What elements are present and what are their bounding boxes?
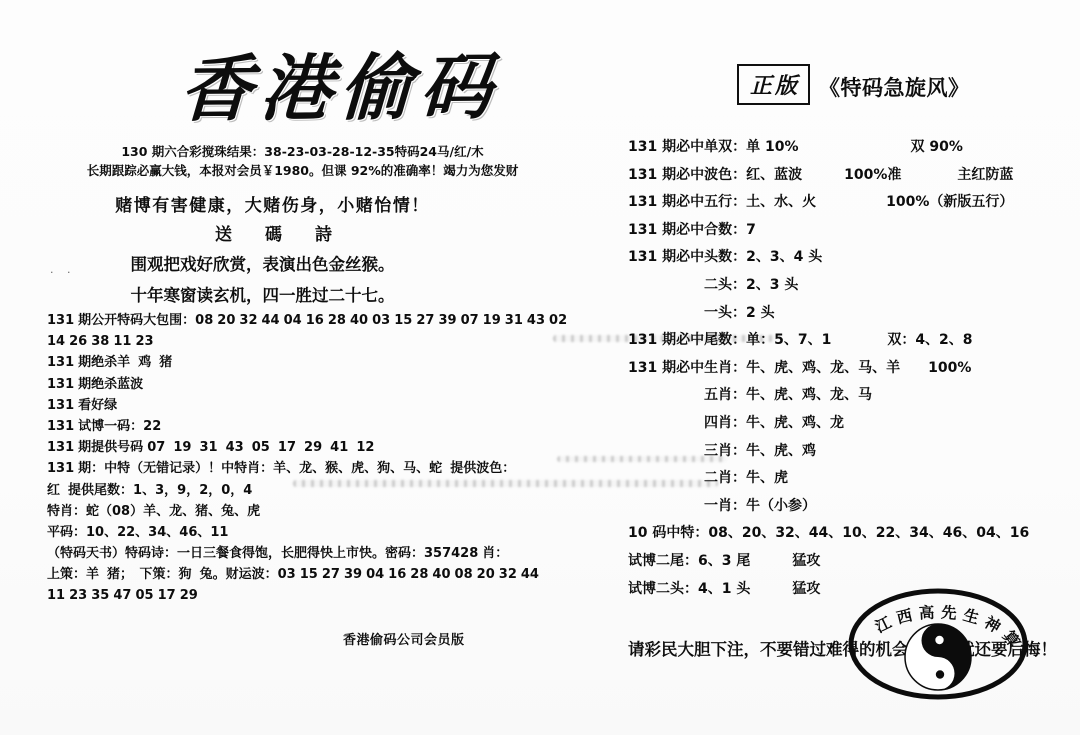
prediction-line: 131 试博一码：22 <box>47 416 567 437</box>
poem-line: 十年寒窗读玄机，四一胜过二十七。 <box>30 282 495 306</box>
prediction-line: 131 看好绿 <box>47 395 567 416</box>
publisher-line: 香港偷码公司会员版 <box>343 629 465 648</box>
scanned-lottery-sheet: 香港偷码 130 期六合彩搅珠结果：38-23-03-28-12-35特码24马… <box>0 0 1080 735</box>
prediction-line: 131 期必中波色：红、蓝波 100%准 主红防蓝 <box>628 162 1029 190</box>
prediction-line: 三肖：牛、虎、鸡 <box>628 438 1029 466</box>
prediction-line: 五肖：牛、虎、鸡、龙、马 <box>628 382 1029 410</box>
prediction-line: 131 期必中头数：2、3、4 头 <box>628 244 1029 272</box>
stray-scan-marks: · · <box>50 266 76 279</box>
prediction-line: 二肖：牛、虎 <box>628 465 1029 493</box>
prediction-line: 14 26 38 11 23 <box>47 331 567 352</box>
prediction-line: 131 期绝杀蓝波 <box>47 374 567 395</box>
prediction-line: 一头：2 头 <box>628 300 1029 328</box>
membership-promo-line: 长期跟踪必赢大钱，本报对会员￥1980。但课 92%的准确率！竭力为您发财 <box>30 161 575 179</box>
prediction-line: 一肖：牛（小参） <box>628 493 1029 521</box>
prediction-line: （特码天书）特码诗：一日三餐食得饱，长肥得快上市快。密码：357428 肖： <box>47 543 567 564</box>
prediction-line: 131 期提供号码 07 19 31 43 05 17 29 41 12 <box>47 437 567 458</box>
prediction-line: 上策：羊 猪； 下策：狗 兔。财运波：03 15 27 39 04 16 28 … <box>47 564 567 585</box>
prediction-line: 二头：2、3 头 <box>628 272 1029 300</box>
right-prediction-list: 131 期必中单双：单 10% 双 90% 131 期必中波色：红、蓝波 100… <box>628 134 1029 603</box>
seal-stamp: 江西高先生神算 <box>843 581 1033 709</box>
prediction-line: 平码：10、22、34、46、11 <box>47 522 567 543</box>
poem-title: 送 碼 詩 <box>30 220 525 245</box>
yinyang-icon <box>905 624 971 690</box>
prediction-line: 131 期：中特（无错记录）！中特肖：羊、龙、猴、虎、狗、马、蛇 提供波色： <box>47 458 567 479</box>
prediction-line: 试博二尾：6、3 尾 猛攻 <box>628 548 1029 576</box>
prediction-line: 11 23 35 47 05 17 29 <box>47 585 567 606</box>
draw-result-line: 130 期六合彩搅珠结果：38-23-03-28-12-35特码24马/红/木 <box>30 142 575 160</box>
prediction-line: 131 期必中单双：单 10% 双 90% <box>628 134 1029 162</box>
prediction-line: 特肖：蛇（08）羊、龙、猪、兔、虎 <box>47 501 567 522</box>
gambling-warning: 赌博有害健康，大赌伤身，小赌怡情！ <box>30 191 515 216</box>
left-prediction-list: 131 期公开特码大包围：08 20 32 44 04 16 28 40 03 … <box>47 310 567 607</box>
prediction-line: 131 期必中合数：7 <box>628 217 1029 245</box>
prediction-line: 131 期公开特码大包围：08 20 32 44 04 16 28 40 03 … <box>47 310 567 331</box>
prediction-line: 四肖：牛、虎、鸡、龙 <box>628 410 1029 438</box>
prediction-line: 131 期绝杀羊 鸡 猪 <box>47 352 567 373</box>
calligraphy-title: 香港偷码 <box>103 38 577 138</box>
prediction-line: 131 期必中五行：土、水、火 100%（新版五行） <box>628 189 1029 217</box>
poem-line: 围观把戏好欣赏，表演出色金丝猴。 <box>30 251 495 275</box>
prediction-line: 10 码中特：08、20、32、44、10、22、34、46、04、16 <box>628 520 1029 548</box>
authentic-badge: 正版 <box>737 64 810 105</box>
prediction-line: 131 期必中尾数：单：5、7、1 双：4、2、8 <box>628 327 1029 355</box>
prediction-line: 131 期必中生肖：牛、虎、鸡、龙、马、羊 100% <box>628 355 1029 383</box>
newsletter-title: 《特码急旋风》 <box>819 72 970 102</box>
